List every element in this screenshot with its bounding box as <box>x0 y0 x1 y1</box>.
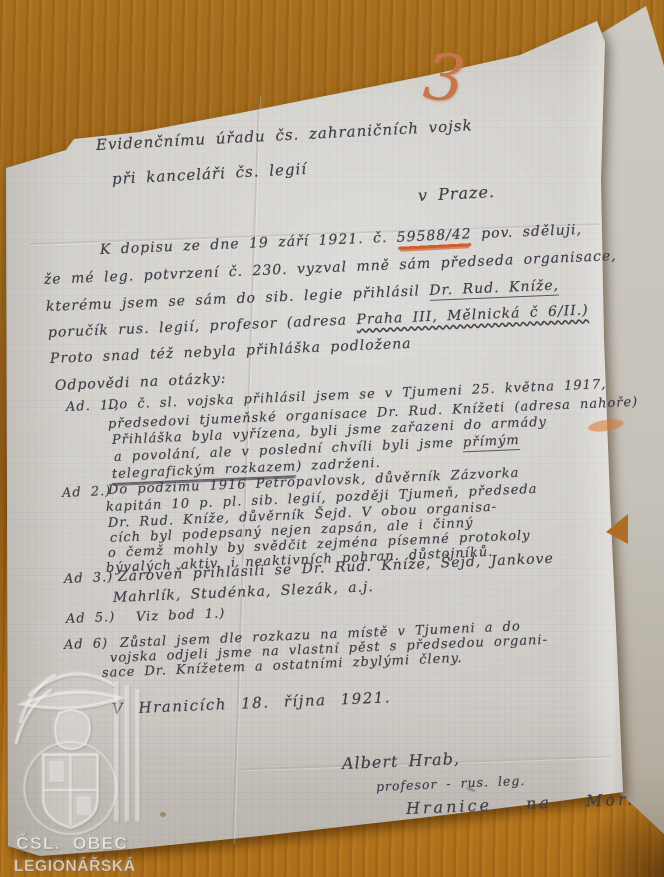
legion-emblem-watermark: ČSL. OBEC LEGIONÁŘSKÁ <box>12 654 152 876</box>
signature-title: profesor - rus. leg. <box>376 773 526 794</box>
watermark-text-obec: OBEC <box>73 833 129 853</box>
underlined-word: přímým <box>463 433 520 452</box>
ad6-label: Ad 6) <box>64 636 109 653</box>
ad2-label: Ad 2.) <box>62 484 112 501</box>
underlined-name: Dr. Rud. Kníže, <box>429 278 559 301</box>
recipient-line-2: při kanceláři čs. legií <box>112 160 308 188</box>
underlined-address: Praha III, Mělnická č 6/II.) <box>356 302 589 328</box>
shield-quarter <box>50 761 65 782</box>
body-text: poručík rus. legií, profesor (adresa <box>48 312 357 341</box>
answers-heading: Odpovědi na otázky: <box>55 371 227 394</box>
signature-name: Albert Hrab, <box>342 749 461 773</box>
stripe-icon <box>125 685 129 821</box>
hat-brim-icon <box>22 692 120 708</box>
ad5-label: Ad 5.) <box>66 610 116 627</box>
reference-number-orange-underlined: 59588/42 <box>396 226 472 247</box>
photo-of-document: { "colors": { "wood": "#9c6418", "paper"… <box>0 0 664 877</box>
shield-quarter <box>77 796 92 815</box>
recipient-line-1: Evidenčnímu úřadu čs. zahraničních vojsk <box>96 116 473 154</box>
ad5-text: Viz bod 1.) <box>136 606 226 625</box>
signature-place: Hranice na Mor. <box>406 789 636 818</box>
stripe-icon <box>114 681 118 821</box>
body-line: Proto snad též nebyla přihláška podložen… <box>50 336 412 367</box>
stripe-icon <box>135 690 139 822</box>
body-text: kterému jsem se sám do sib. legie přihlá… <box>46 283 430 315</box>
body-text: pov. sděluji, <box>471 222 582 243</box>
body-text: K dopisu ze dne 19 září 1921. č. <box>100 230 398 258</box>
watermark-text-legionarska: LEGIONÁŘSKÁ <box>14 856 136 875</box>
recipient-line-3: v Praze. <box>418 182 496 205</box>
dateline: V Hranicích 18. října 1921. <box>112 688 392 718</box>
watermark-text-csl: ČSL. <box>16 832 61 853</box>
ad3-label: Ad 3.) <box>64 570 114 587</box>
